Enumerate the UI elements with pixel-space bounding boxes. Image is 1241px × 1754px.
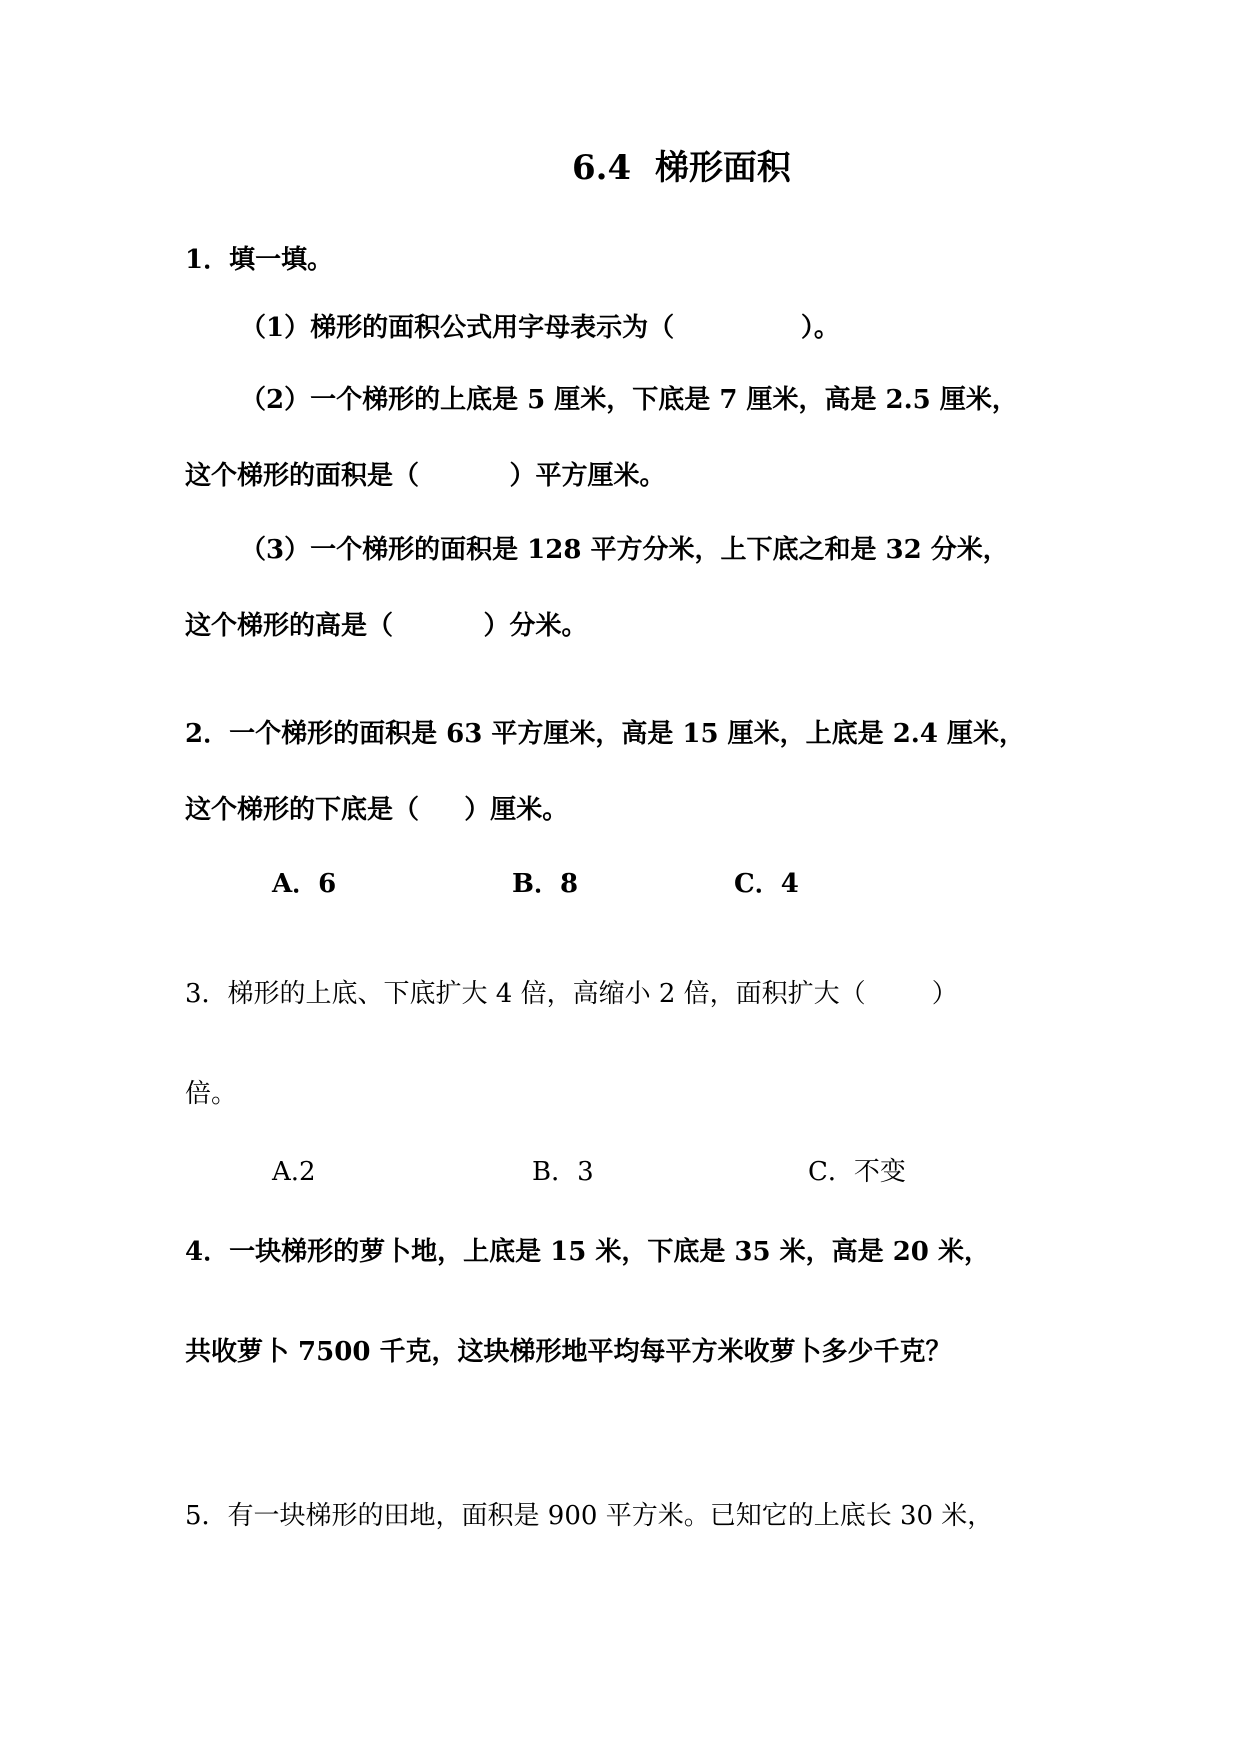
q1-sub3-line1: （3）一个梯形的面积是 128 平方分米，上下底之和是 32 分米， bbox=[240, 534, 1009, 566]
q3-option-a: A.2 bbox=[272, 1156, 316, 1188]
q2-option-c: C．4 bbox=[734, 868, 799, 900]
q2-line1: 2．一个梯形的面积是 63 平方厘米，高是 15 厘米，上底是 2.4 厘米， bbox=[185, 718, 1025, 750]
q2-option-a: A．6 bbox=[272, 868, 336, 900]
q1-sub2-line2: 这个梯形的面积是（ ）平方厘米。 bbox=[185, 460, 666, 492]
q2-option-b: B．8 bbox=[512, 868, 578, 900]
q3-option-c: C．不变 bbox=[808, 1156, 906, 1188]
q3-line2: 倍。 bbox=[185, 1078, 237, 1110]
q1-sub2-line1: （2）一个梯形的上底是 5 厘米，下底是 7 厘米，高是 2.5 厘米， bbox=[240, 384, 1018, 416]
q5-line1: 5．有一块梯形的田地，面积是 900 平方米。已知它的上底长 30 米， bbox=[185, 1500, 993, 1532]
q4-line1: 4．一块梯形的萝卜地，上底是 15 米，下底是 35 米，高是 20 米， bbox=[185, 1236, 990, 1268]
page-title: 6.4 梯形面积 bbox=[572, 148, 791, 188]
q1-sub3-line2: 这个梯形的高是（ ）分米。 bbox=[185, 610, 588, 642]
q2-line2: 这个梯形的下底是（ ）厘米。 bbox=[185, 794, 568, 826]
q4-line2: 共收萝卜 7500 千克，这块梯形地平均每平方米收萝卜多少千克？ bbox=[185, 1336, 951, 1368]
q3-option-b: B．3 bbox=[532, 1156, 594, 1188]
q1-heading: 1．填一填。 bbox=[185, 244, 333, 276]
q3-line1: 3．梯形的上底、下底扩大 4 倍，高缩小 2 倍，面积扩大（ ） bbox=[185, 978, 958, 1010]
q1-sub1: （1）梯形的面积公式用字母表示为（ ）。 bbox=[240, 312, 840, 344]
